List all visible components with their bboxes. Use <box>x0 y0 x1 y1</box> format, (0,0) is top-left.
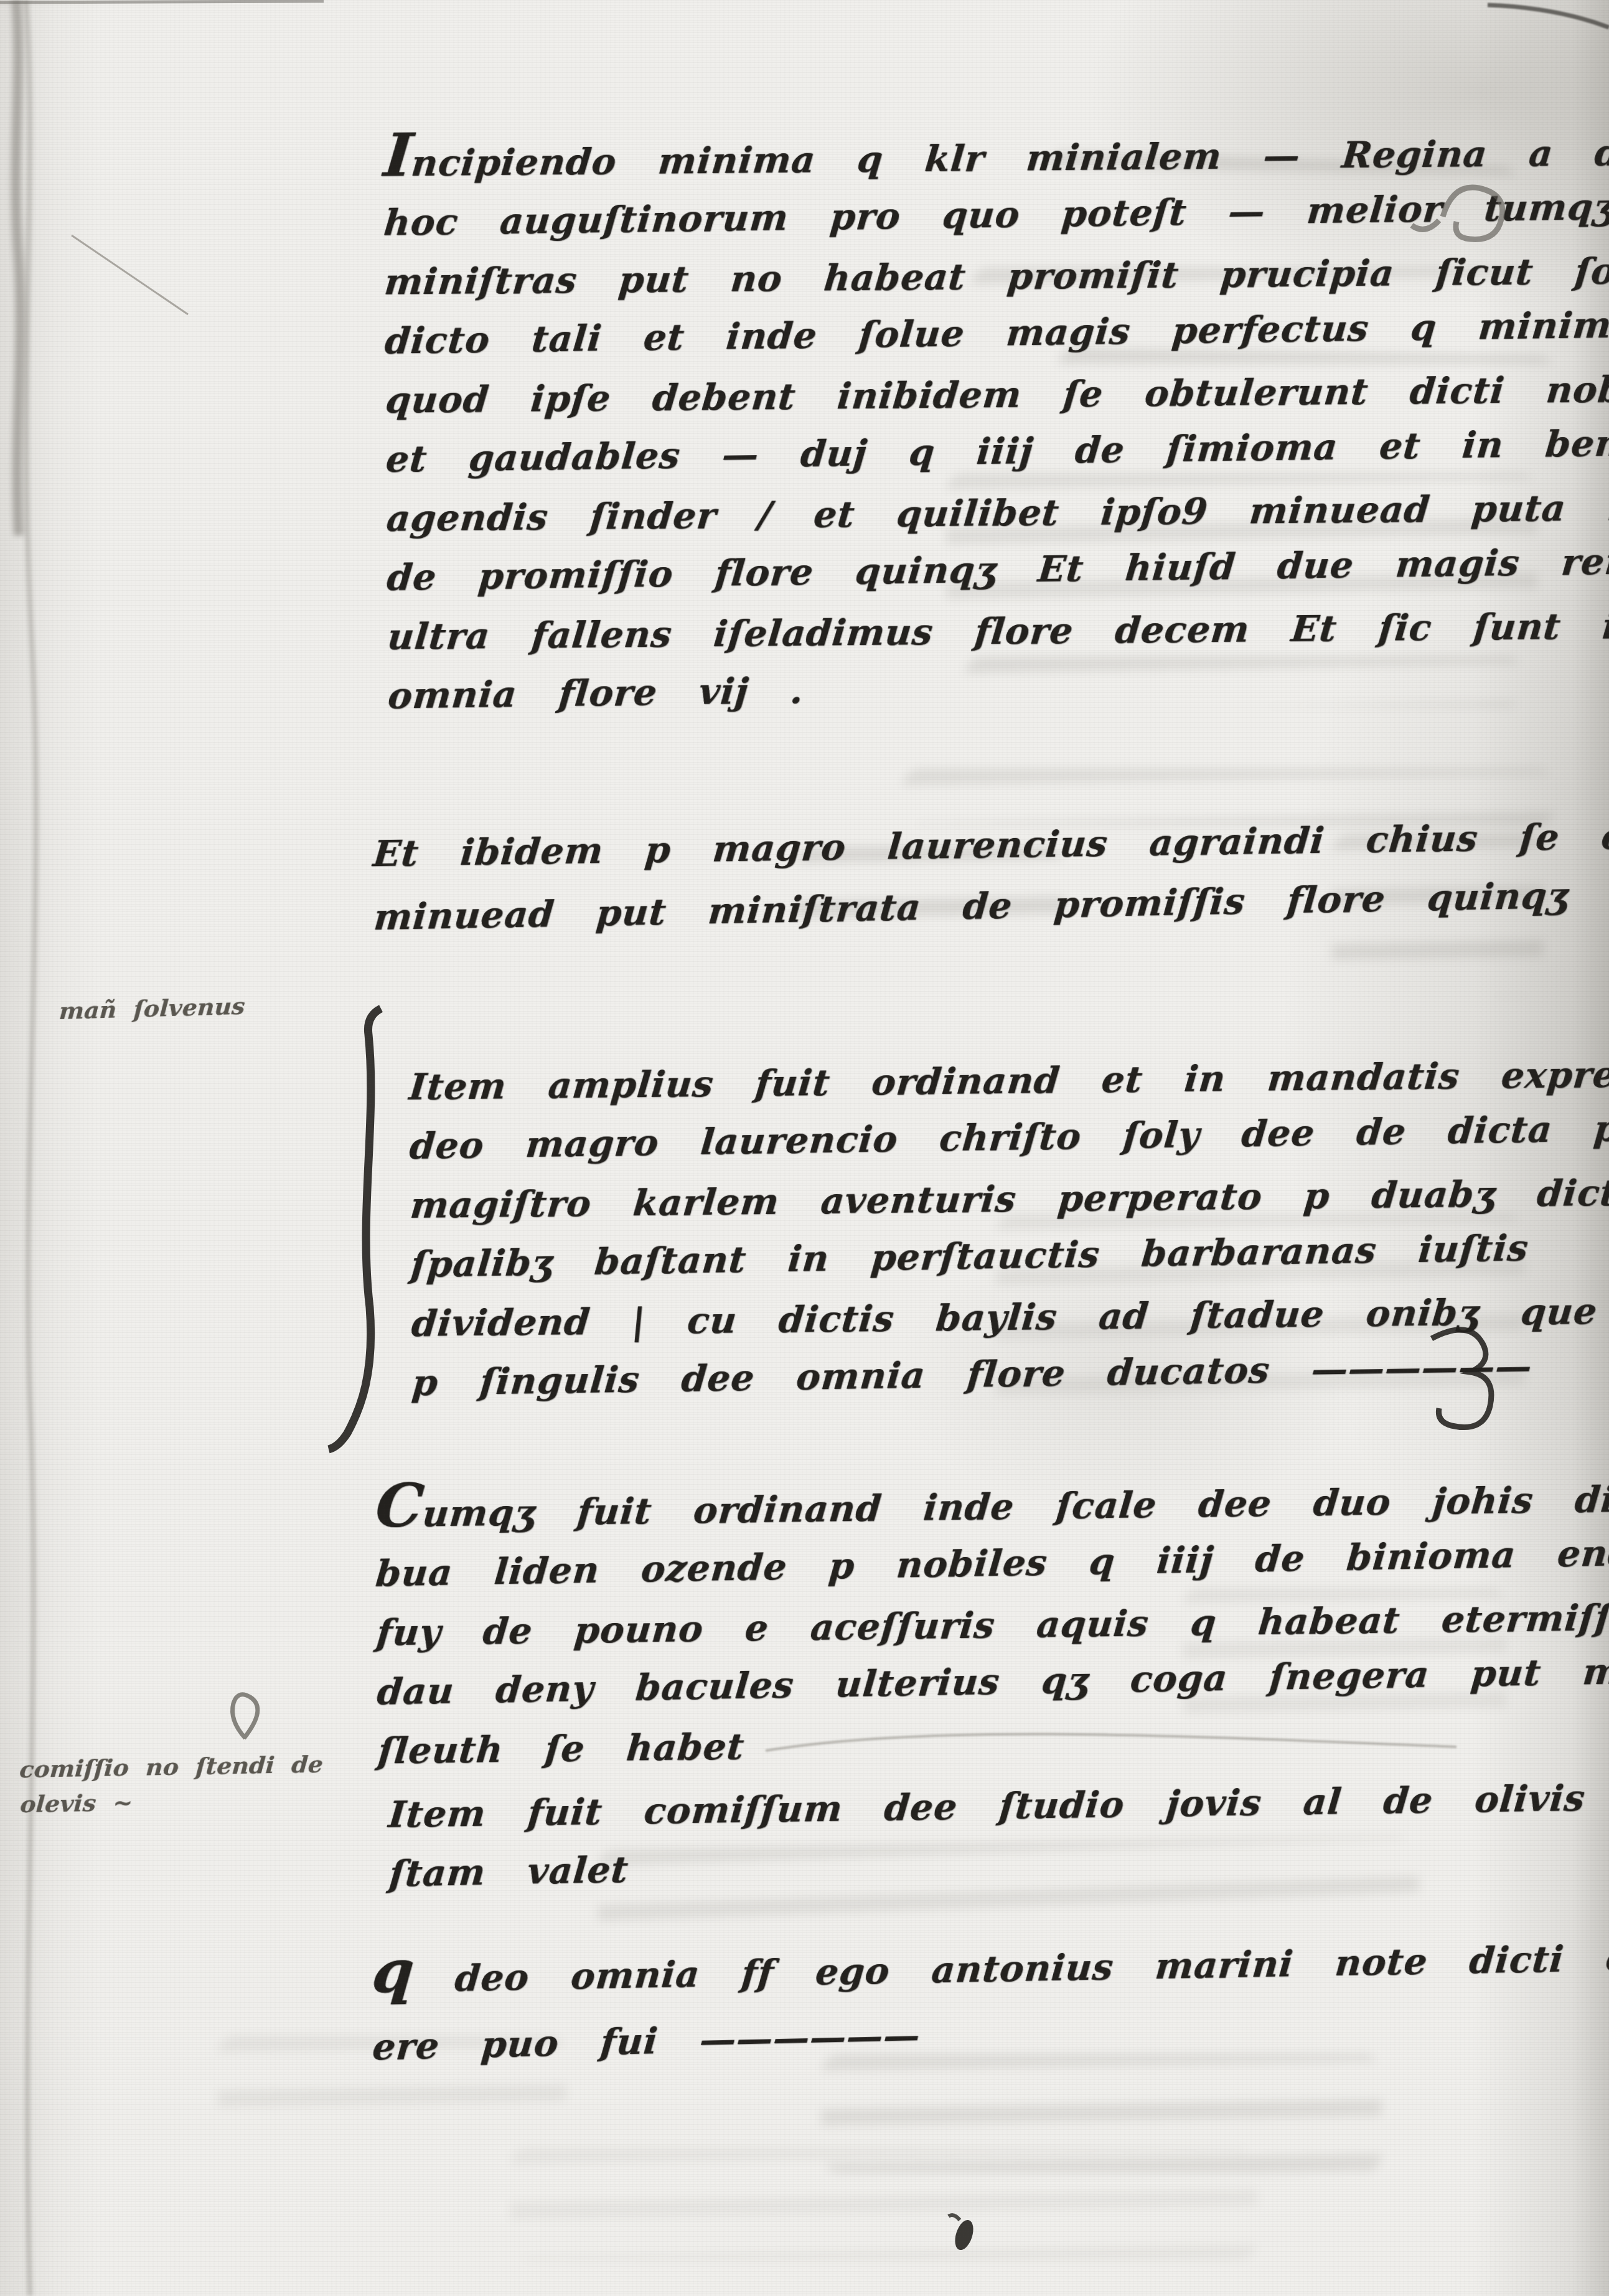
margin-note-comissio: comiſſio no ſtendi deolevis ~ <box>19 1747 324 1822</box>
margin-note-solvendo: mañ ſolvenus <box>59 989 245 1028</box>
entry-3-text-block: Item amplius fuit ordinand et in mandati… <box>406 1044 1609 1413</box>
entry-5-text-block: Item fuit comiſſum dee ſtudio jovis al d… <box>385 1766 1609 1904</box>
top-right-page-edge <box>1488 5 1609 27</box>
bleedthrough-ghost <box>822 2054 1382 2173</box>
text-line: olevis ~ <box>19 1782 326 1822</box>
entry-6-text-block: q deo omnia ff ego antonius marini note … <box>367 1911 1609 2081</box>
left-edge-blotch <box>16 0 21 535</box>
entry-2-text-block: Et ibidem p magro laurencius agraindi ch… <box>370 802 1609 949</box>
text-line: mañ ſolvenus <box>58 989 246 1028</box>
text-line: comiſſio no ſtendi de <box>19 1747 325 1787</box>
diagonal-crease <box>72 235 188 314</box>
top-edge-line <box>0 1 324 2</box>
entry-1-text-block: Incipiendo minima q klr minialem — Regin… <box>380 113 1609 726</box>
left-binding-crease <box>26 0 36 2296</box>
entry-4-text-block: Cumqʒ fuit ordinand inde ſcale dee duo j… <box>372 1459 1609 1781</box>
manuscript-page: Incipiendo minima q klr minialem — Regin… <box>0 0 1609 2296</box>
bleedthrough-ghost <box>510 2148 1257 2260</box>
